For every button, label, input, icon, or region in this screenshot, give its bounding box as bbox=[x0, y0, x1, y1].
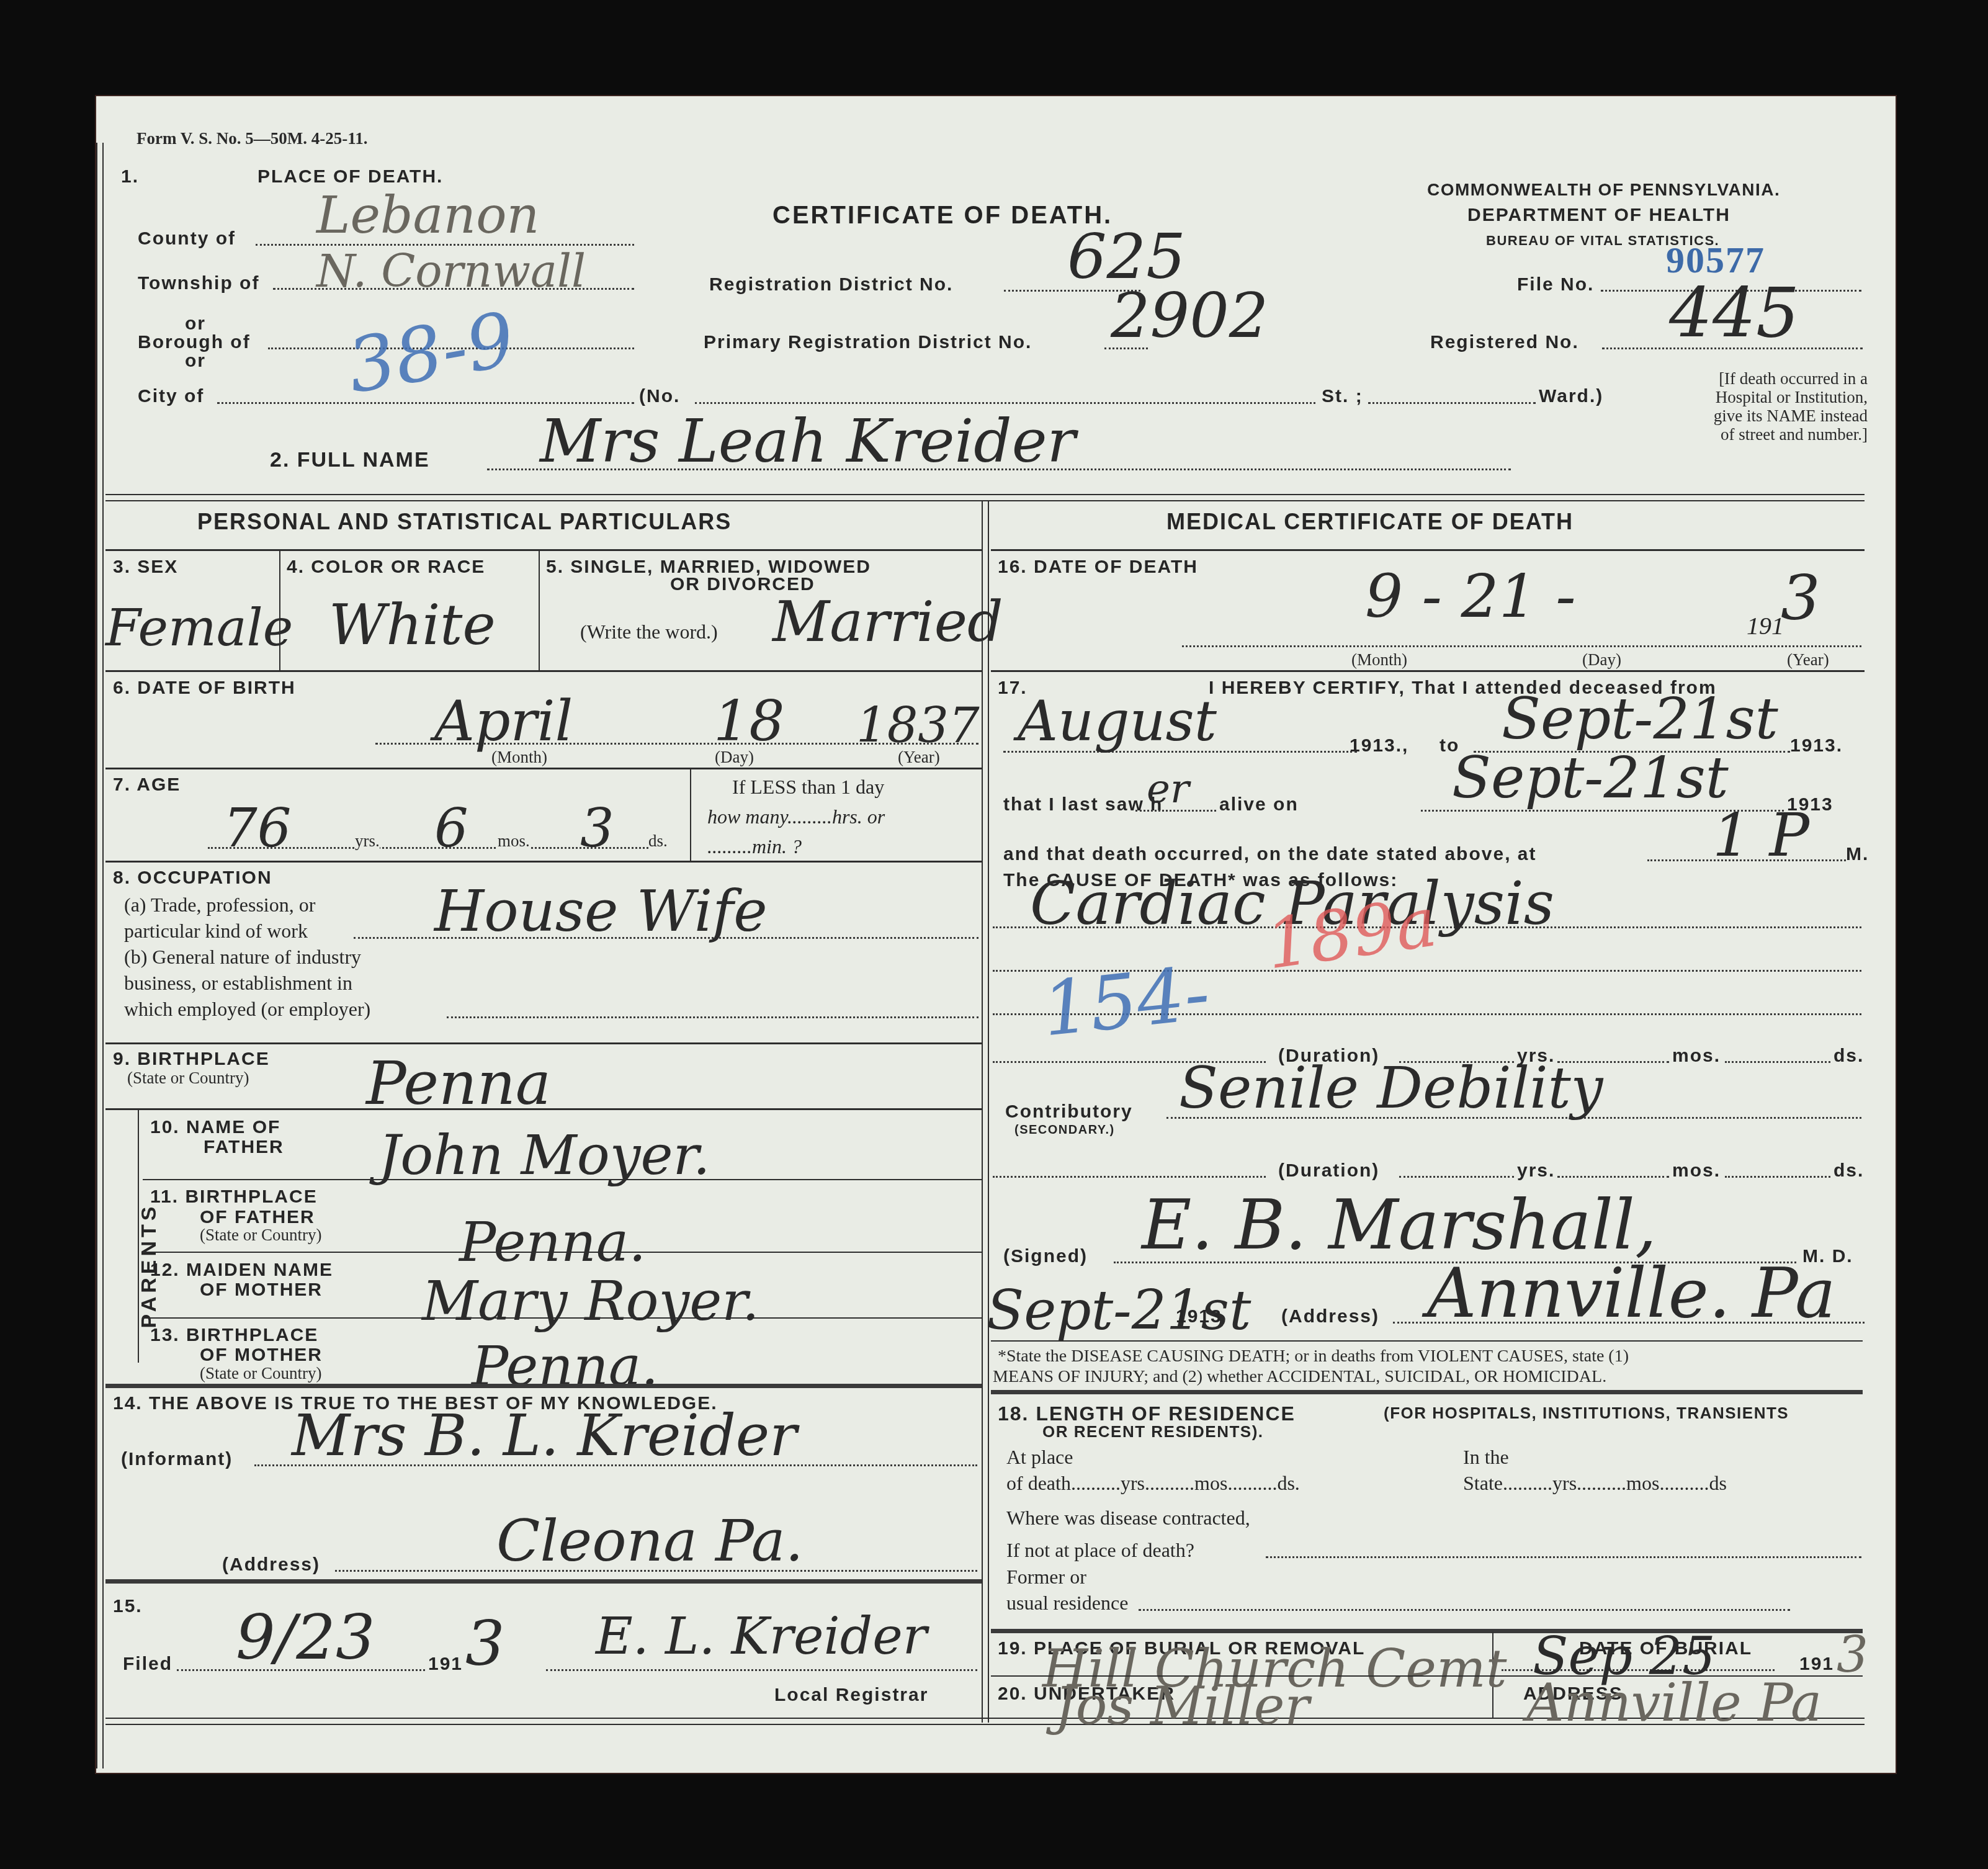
footnote-line-1: *State the DISEASE CAUSING DEATH; or in … bbox=[998, 1347, 1629, 1366]
occupation-a-line-1: (a) Trade, profession, or bbox=[124, 894, 315, 917]
informant-address-label: (Address) bbox=[222, 1554, 320, 1575]
divider bbox=[105, 1108, 982, 1110]
years-unit: yrs. bbox=[355, 831, 380, 851]
of-death-line: of death..........yrs..........mos......… bbox=[1006, 1472, 1300, 1495]
if-not-label: If not at place of death? bbox=[1006, 1539, 1194, 1562]
divider bbox=[105, 500, 1865, 501]
dob-label: 6. DATE OF BIRTH bbox=[113, 678, 296, 699]
duration-label-2: (Duration) bbox=[1278, 1160, 1379, 1181]
mother-birthplace-label-1: 13. BIRTHPLACE bbox=[150, 1325, 318, 1346]
divider bbox=[105, 1384, 982, 1388]
street-field-line bbox=[695, 402, 1315, 404]
signed-year: 1913 bbox=[1176, 1306, 1222, 1327]
personal-section-heading: PERSONAL AND STATISTICAL PARTICULARS bbox=[197, 509, 732, 535]
divider bbox=[991, 549, 1865, 551]
primary-district-value: 2902 bbox=[1111, 279, 1269, 352]
divider bbox=[105, 1579, 982, 1584]
residence-heading-note-2: OR RECENT RESIDENTS). bbox=[1042, 1422, 1264, 1441]
occupation-label: 8. OCCUPATION bbox=[113, 867, 272, 889]
at-place-label: At place bbox=[1006, 1446, 1073, 1469]
place-of-death-number: 1. bbox=[121, 166, 139, 187]
usual-residence-line bbox=[1139, 1609, 1790, 1611]
date-of-death-label: 16. DATE OF DEATH bbox=[998, 557, 1198, 578]
duration-months-line-2 bbox=[1557, 1176, 1669, 1178]
township-label: Township of bbox=[138, 273, 259, 294]
occupation-a-line-2: particular kind of work bbox=[124, 920, 308, 943]
dob-month-value: April bbox=[434, 689, 573, 754]
authority-line-1: COMMONWEALTH OF PENNSYLVANIA. bbox=[1427, 180, 1780, 200]
divider bbox=[143, 1317, 982, 1319]
divider bbox=[143, 1252, 982, 1253]
months-unit: mos. bbox=[498, 831, 530, 851]
duration-months-unit: mos. bbox=[1672, 1046, 1721, 1067]
occupation-value: House Wife bbox=[434, 878, 768, 944]
undertaker-address-value: Annville Pa bbox=[1526, 1672, 1822, 1733]
sex-label: 3. SEX bbox=[113, 557, 178, 578]
full-name-label: 2. FULL NAME bbox=[270, 448, 430, 472]
cell-divider bbox=[539, 549, 540, 670]
divider bbox=[991, 670, 1865, 672]
physician-signature: E. B. Marshall, bbox=[1142, 1185, 1657, 1265]
date-of-death-year-prefix: 191 bbox=[1747, 611, 1784, 640]
date-of-death-line bbox=[1182, 645, 1861, 647]
sex-value: Female bbox=[105, 599, 293, 658]
mother-name-label-2: OF MOTHER bbox=[200, 1280, 323, 1301]
in-the-label: In the bbox=[1463, 1446, 1509, 1469]
divider bbox=[105, 549, 982, 551]
informant-value: Mrs B. L. Kreider bbox=[292, 1402, 797, 1469]
mother-birthplace-value: Penna. bbox=[472, 1334, 658, 1398]
former-label: Former or bbox=[1006, 1566, 1086, 1589]
filed-year-prefix: 191 bbox=[428, 1654, 463, 1675]
last-saw-pronoun: er bbox=[1147, 766, 1189, 812]
death-time-value: 1 P bbox=[1713, 800, 1809, 870]
local-registrar-label: Local Registrar bbox=[774, 1685, 928, 1706]
registrar-signature: E. L. Kreider bbox=[596, 1607, 927, 1666]
dod-year-caption: (Year) bbox=[1787, 650, 1829, 670]
attended-from-value: August bbox=[1018, 689, 1217, 754]
form-number: Form V. S. No. 5—50M. 4-25-11. bbox=[137, 129, 368, 148]
column-divider bbox=[988, 500, 989, 1723]
less-than-day-line-3: .........min. ? bbox=[707, 835, 802, 858]
contributory-label: Contributory bbox=[1005, 1101, 1133, 1123]
father-name-value: John Moyer. bbox=[378, 1123, 710, 1187]
full-name-value: Mrs Leah Kreider bbox=[540, 406, 1075, 476]
authority-line-2: DEPARTMENT OF HEALTH bbox=[1467, 205, 1731, 226]
dob-day-caption: (Day) bbox=[715, 748, 754, 767]
usual-residence-label: usual residence bbox=[1006, 1592, 1128, 1615]
birthplace-hint: (State or Country) bbox=[127, 1069, 249, 1088]
filed-year-suffix: 3 bbox=[465, 1607, 505, 1680]
less-than-day-line-1: If LESS than 1 day bbox=[732, 776, 884, 799]
footnote-line-2: MEANS OF INJURY; and (2) whether ACCIDEN… bbox=[993, 1367, 1606, 1387]
or-label: or bbox=[185, 351, 206, 372]
dob-day-value: 18 bbox=[714, 689, 785, 754]
age-label: 7. AGE bbox=[113, 774, 181, 796]
filed-date-value: 9/23 bbox=[236, 1601, 375, 1674]
death-time-label: and that death occurred, on the date sta… bbox=[1003, 844, 1536, 865]
birthplace-label: 9. BIRTHPLACE bbox=[113, 1049, 270, 1070]
duration-days-line-2 bbox=[1725, 1176, 1830, 1178]
occupation-b-line-1: (b) General nature of industry bbox=[124, 946, 361, 969]
left-border-outer bbox=[96, 143, 97, 1768]
mother-name-value: Mary Royer. bbox=[422, 1269, 759, 1333]
secondary-label: (SECONDARY.) bbox=[1014, 1123, 1115, 1137]
medical-section-heading: MEDICAL CERTIFICATE OF DEATH bbox=[1166, 509, 1574, 535]
ward-field-line bbox=[1368, 402, 1536, 404]
attended-to-value: Sept-21st bbox=[1502, 686, 1778, 752]
township-value: N. Cornwall bbox=[316, 245, 586, 297]
left-border-inner bbox=[102, 143, 104, 1768]
m-label: M. bbox=[1846, 844, 1869, 865]
age-months-value: 6 bbox=[434, 797, 468, 859]
last-saw-date: Sept-21st bbox=[1452, 745, 1729, 811]
alive-on-label: alive on bbox=[1219, 794, 1299, 815]
days-unit: ds. bbox=[648, 831, 668, 851]
occupation-b-field-line bbox=[447, 1016, 978, 1018]
physician-address-label: (Address) bbox=[1281, 1306, 1379, 1327]
ward-label: Ward.) bbox=[1539, 386, 1603, 407]
street-number-label: (No. bbox=[639, 386, 680, 407]
occupation-b-line-3: which employed (or employer) bbox=[124, 998, 370, 1021]
county-label: County of bbox=[138, 228, 236, 249]
less-than-day-line-2: how many.........hrs. or bbox=[707, 805, 885, 828]
father-birthplace-value: Penna. bbox=[459, 1210, 646, 1274]
blue-annotation: 154- bbox=[1038, 950, 1214, 1053]
registrar-signature-line bbox=[546, 1669, 977, 1671]
burial-year-prefix: 191 bbox=[1799, 1654, 1834, 1675]
father-name-label-2: FATHER bbox=[204, 1137, 284, 1158]
mother-birthplace-hint: (State or Country) bbox=[200, 1364, 321, 1383]
race-label: 4. COLOR OR RACE bbox=[287, 557, 485, 578]
file-number-label: File No. bbox=[1517, 274, 1594, 295]
divider bbox=[143, 1179, 982, 1180]
last-saw-label: that I last saw h bbox=[1003, 794, 1163, 815]
divider bbox=[105, 670, 982, 672]
street-label: St. ; bbox=[1322, 386, 1363, 407]
duration-line-2 bbox=[993, 1176, 1266, 1178]
dob-year-caption: (Year) bbox=[898, 748, 940, 767]
place-of-death-heading: PLACE OF DEATH. bbox=[257, 166, 443, 187]
occupation-b-line-2: business, or establishment in bbox=[124, 972, 352, 995]
divider bbox=[105, 1042, 982, 1044]
informant-address-value: Cleona Pa. bbox=[496, 1508, 804, 1574]
duration-months-unit-2: mos. bbox=[1672, 1160, 1721, 1181]
marital-hint: (Write the word.) bbox=[580, 621, 718, 643]
informant-label: (Informant) bbox=[121, 1449, 233, 1470]
duration-days-line bbox=[1725, 1061, 1830, 1063]
hospital-note: [If death occurred in a Hospital or Inst… bbox=[1650, 369, 1868, 444]
in-state-line: State..........yrs..........mos.........… bbox=[1463, 1472, 1727, 1495]
where-contracted-label: Where was disease contracted, bbox=[1006, 1507, 1250, 1530]
duration-days-unit-2: ds. bbox=[1834, 1160, 1864, 1181]
divider bbox=[991, 1629, 1863, 1633]
father-name-label-1: 10. NAME OF bbox=[150, 1117, 280, 1138]
to-year: 1913. bbox=[1790, 735, 1843, 756]
borough-label: Borough of bbox=[138, 332, 251, 353]
father-birthplace-label-2: OF FATHER bbox=[200, 1207, 315, 1228]
age-years-value: 76 bbox=[223, 797, 291, 859]
father-birthplace-hint: (State or Country) bbox=[200, 1226, 321, 1245]
duration-years-line-2 bbox=[1399, 1176, 1514, 1178]
undertaker-value: Jos Miller bbox=[1055, 1675, 1310, 1736]
divider bbox=[105, 768, 982, 769]
physician-address: Annville. Pa bbox=[1427, 1253, 1836, 1333]
dod-month-caption: (Month) bbox=[1351, 650, 1407, 670]
registered-number-value: 445 bbox=[1669, 273, 1799, 352]
divider bbox=[105, 861, 982, 863]
mother-birthplace-label-2: OF MOTHER bbox=[200, 1345, 323, 1366]
or-label: or bbox=[185, 313, 206, 334]
if-not-line bbox=[1266, 1556, 1861, 1558]
county-value: Lebanon bbox=[316, 186, 539, 245]
duration-days-unit: ds. bbox=[1834, 1046, 1864, 1067]
dod-day-caption: (Day) bbox=[1582, 650, 1621, 670]
cell-divider bbox=[690, 768, 691, 861]
father-birthplace-label-1: 11. BIRTHPLACE bbox=[150, 1186, 318, 1208]
column-divider bbox=[982, 500, 983, 1723]
city-label: City of bbox=[138, 386, 204, 407]
divider bbox=[991, 1340, 1863, 1342]
age-days-value: 3 bbox=[580, 797, 614, 859]
divider bbox=[991, 1390, 1863, 1394]
dob-month-caption: (Month) bbox=[491, 748, 547, 767]
mother-name-label-1: 12. MAIDEN NAME bbox=[150, 1260, 333, 1281]
duration-years-unit-2: yrs. bbox=[1517, 1160, 1555, 1181]
date-of-death-year-suffix: 3 bbox=[1781, 562, 1820, 634]
signed-label: (Signed) bbox=[1003, 1246, 1088, 1267]
from-year: 1913., bbox=[1350, 735, 1408, 756]
race-value: White bbox=[329, 593, 496, 658]
residence-heading-note: (FOR HOSPITALS, INSTITUTIONS, TRANSIENTS bbox=[1384, 1404, 1789, 1423]
filed-number: 15. bbox=[113, 1596, 143, 1617]
contributory-value: Senile Debility bbox=[1179, 1055, 1603, 1121]
city-field-line bbox=[217, 402, 634, 404]
registered-number-label: Registered No. bbox=[1430, 332, 1579, 353]
date-of-death-value: 9 - 21 - bbox=[1365, 562, 1576, 631]
marital-value: Married bbox=[772, 589, 1003, 655]
filed-label: Filed bbox=[123, 1654, 172, 1675]
registration-district-label: Registration District No. bbox=[709, 274, 953, 295]
divider bbox=[105, 494, 1865, 495]
primary-district-label: Primary Registration District No. bbox=[704, 332, 1032, 353]
dob-year-value: 1837 bbox=[856, 698, 980, 754]
certificate-title: CERTIFICATE OF DEATH. bbox=[772, 202, 1113, 230]
